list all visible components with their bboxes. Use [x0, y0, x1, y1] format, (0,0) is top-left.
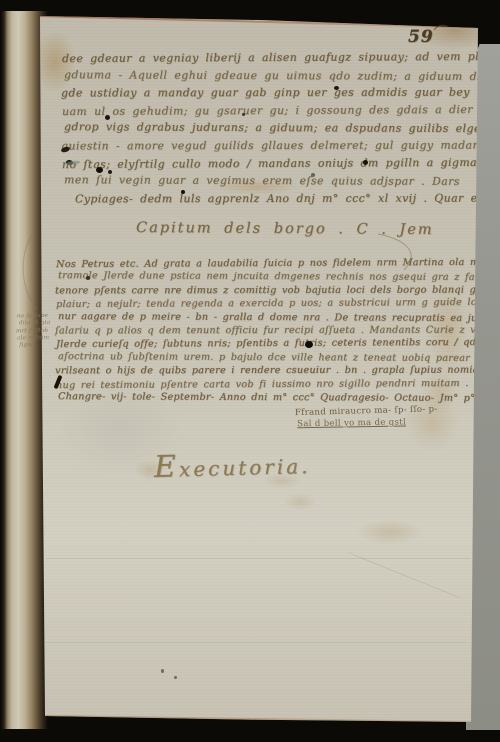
text-line: tramole Jlerde dune pstica nem jncuita d…: [58, 270, 462, 285]
signature-line: Sal d bell yo ma de gstl: [297, 416, 457, 431]
fold-crease: [46, 558, 470, 559]
paragraph-1: dee gdeaur a vegniay liberij a alisen gu…: [62, 49, 454, 207]
text-line: Cypiages- dedm luls agprenlz Ano dnj m° …: [61, 189, 453, 207]
text-line: Changre- vij- tole- Septembr- Anno dni m…: [58, 390, 462, 405]
page-top-edge: [38, 15, 480, 29]
ink-blot: [311, 173, 315, 177]
text-line: no ſtqs; elyſrtilg cullo modo / mandans …: [62, 154, 454, 174]
ink-blot: [242, 113, 245, 116]
ink-blot: [181, 190, 185, 194]
ink-blot: [108, 170, 112, 174]
notary-subscription: Ffrand miraucro ma- ſp- ſſo- p- Sal d be…: [295, 403, 455, 430]
manuscript-photo: 59 dee gdeaur a vegniay liberij a alisen…: [0, 0, 500, 742]
book-binding-edge: [1, 11, 47, 729]
text-line: gduuma - Aquell eghui gdeaue gu uimus qd…: [64, 66, 456, 85]
paragraph-2: Nos Petrus etc. Ad grata a laudabilia ſu…: [56, 257, 460, 404]
section-heading: Capitum dels borgo . C . Jem: [136, 220, 434, 238]
text-line: men ſui vegin guar a vegimus erem eſse q…: [64, 171, 456, 190]
margin-note-line: ſigna: [19, 342, 67, 350]
folio-number: 59: [408, 27, 434, 47]
ink-blot: [305, 341, 313, 348]
text-line: plaiur; a nejulr; tenda regenda a exerci…: [56, 296, 460, 312]
text-line: gdrop vigs dgrabus judurans; a giduum; e…: [64, 119, 456, 138]
manuscript-page: 59 dee gdeaur a vegniay liberij a alisen…: [0, 0, 500, 742]
ink-blot: [334, 86, 339, 90]
text-line: guiestin - amore vegud guilids gllaues d…: [61, 137, 453, 155]
ink-blot: [105, 115, 110, 120]
text-line: gde ustidiay a manday guar gab ginp uer …: [61, 84, 453, 102]
ink-blot: [96, 167, 103, 173]
text-line: nur aagare de p meire - bn - gralla d do…: [58, 310, 462, 325]
text-line: dee gdeaur a vegniay liberij a alisen gu…: [62, 48, 454, 68]
speck: [174, 676, 177, 679]
page-bottom-edge: [44, 715, 472, 723]
text-line: vrilseant o hijs de quibs parere i rende…: [55, 364, 459, 378]
ink-blot: [86, 276, 90, 280]
margin-note: no ſu expe dita ſb qta mrt ſs ſtab ale m…: [17, 313, 66, 350]
fold-crease: [46, 642, 466, 643]
ink-blot: [363, 160, 368, 165]
executoria-label: Executoria.: [154, 446, 311, 485]
speck: [161, 669, 164, 673]
